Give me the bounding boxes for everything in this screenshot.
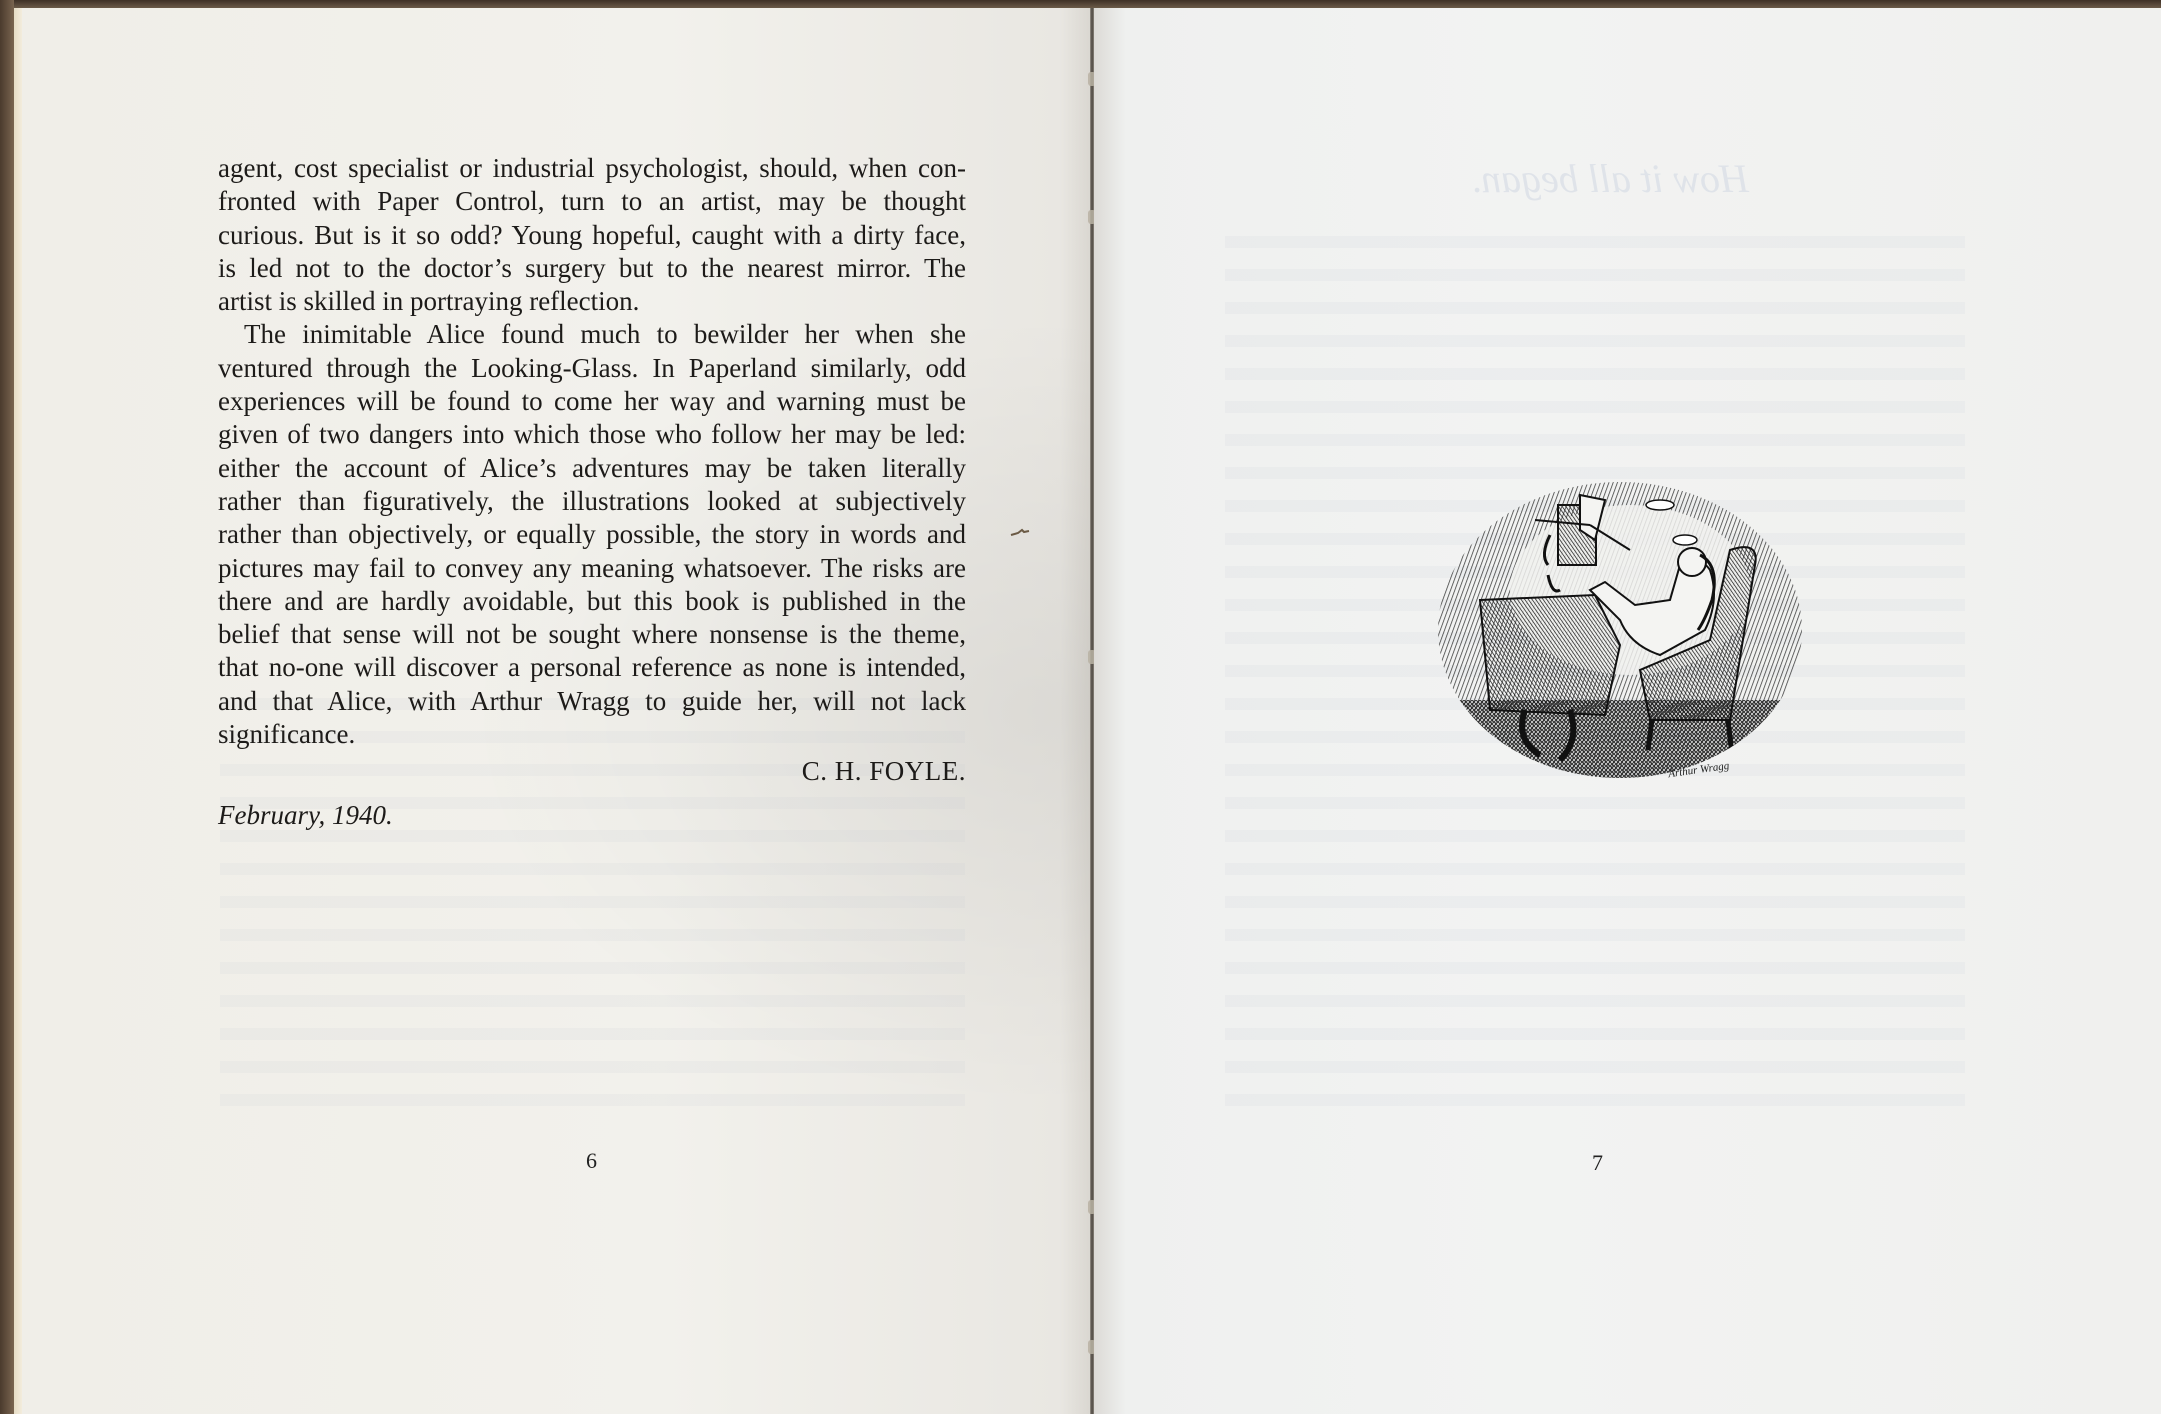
text-line: ventured through the Looking-Glass. In P…	[218, 352, 966, 385]
dateline: February, 1940.	[218, 800, 393, 831]
cover-edge-top	[0, 0, 2161, 8]
text-line: experiences will be found to come her wa…	[218, 385, 966, 418]
ink-mark-icon	[1010, 528, 1030, 538]
text-line: curious. But is it so odd? Young hopeful…	[218, 219, 966, 252]
book-spread: agent, cost specialist or industrial psy…	[0, 0, 2161, 1414]
text-line: agent, cost specialist or industrial psy…	[218, 152, 966, 185]
text-line: artist is skilled in portraying reflecti…	[218, 285, 966, 318]
page-number-left: 6	[586, 1148, 597, 1174]
text-line: either the account of Alice’s adventures…	[218, 452, 966, 485]
text-line: rather than figuratively, the illustrati…	[218, 485, 966, 518]
text-line: significance.	[218, 718, 966, 751]
foreword-text: agent, cost specialist or industrial psy…	[218, 152, 966, 751]
text-line: given of two dangers into which those wh…	[218, 418, 966, 451]
bleed-through-heading: How it all began.	[1430, 155, 1790, 202]
text-line: is led not to the doctor’s surgery but t…	[218, 252, 966, 285]
paragraph-2: The inimitable Alice found much to bewil…	[218, 318, 966, 751]
text-line: The inimitable Alice found much to bewil…	[218, 318, 966, 351]
page-number-right: 7	[1592, 1150, 1603, 1176]
text-line: pictures may fail to convey any meaning …	[218, 552, 966, 585]
bleed-through-text-left	[220, 690, 965, 1110]
text-line: there and are hardly avoidable, but this…	[218, 585, 966, 618]
text-line: belief that sense will not be sought whe…	[218, 618, 966, 651]
paragraph-1: agent, cost specialist or industrial psy…	[218, 152, 966, 318]
text-line: and that Alice, with Arthur Wragg to gui…	[218, 685, 966, 718]
author-signature: C. H. FOYLE.	[218, 756, 966, 787]
alice-illustration	[1430, 470, 1810, 790]
text-line: fronted with Paper Control, turn to an a…	[218, 185, 966, 218]
text-line: rather than objectively, or equally poss…	[218, 518, 966, 551]
cover-edge-left	[0, 0, 14, 1414]
page-edge	[14, 8, 22, 1414]
text-line: that no-one will discover a personal ref…	[218, 651, 966, 684]
